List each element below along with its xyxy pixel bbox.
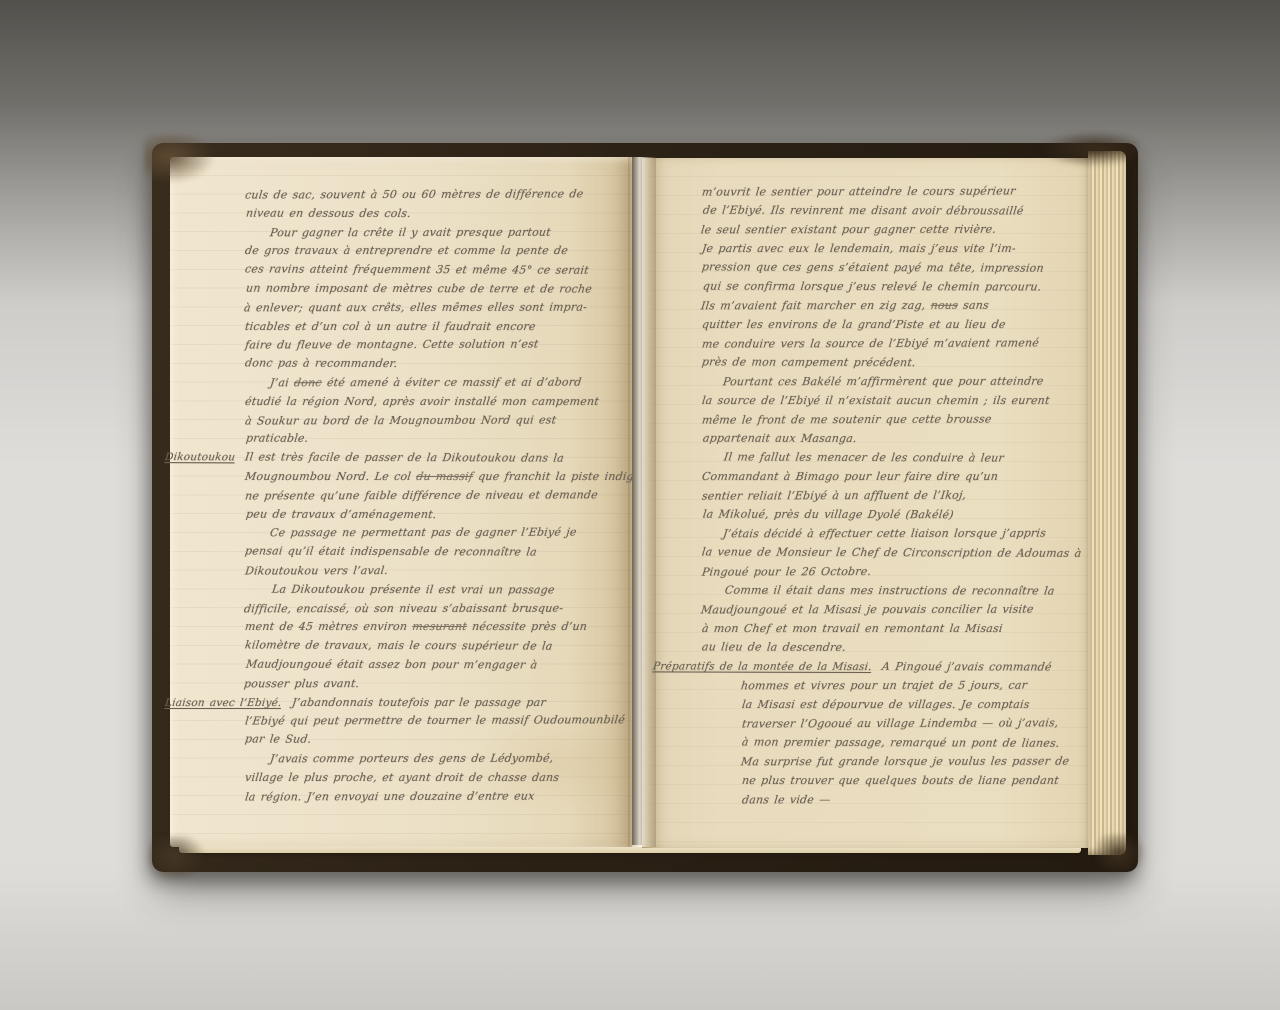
handwritten-line: DikoutoukouIl est très facile de passer … [163, 448, 632, 469]
handwritten-line: kilomètre de travaux, mais le cours supé… [163, 636, 632, 657]
handwritten-line: ces ravins atteint fréquemment 35 et mêm… [163, 260, 632, 281]
handwritten-line: étudié la région Nord, après avoir insta… [163, 393, 632, 412]
handwritten-text: donc pas à recommander. [244, 355, 399, 374]
handwritten-text: Comme il était dans mes instructions de … [724, 581, 1056, 601]
notebook-photo: culs de sac, souvent à 50 ou 60 mètres d… [0, 0, 1280, 1010]
handwritten-text: La Dikoutoukou présente il est vrai un p… [271, 580, 556, 600]
frayed-corner-top-right [1042, 131, 1138, 167]
handwritten-text: m’ouvrit le sentier pour atteindre le co… [701, 182, 1017, 202]
handwritten-text: Ce passage ne permettant pas de gagner l… [269, 524, 578, 543]
handwritten-text: quitter les environs de la grand’Piste e… [701, 315, 1007, 334]
handwritten-line: faire du fleuve de montagne. Cette solut… [163, 336, 632, 356]
handwritten-text: Il me fallut les menacer de les conduire… [723, 447, 1005, 467]
handwritten-text: près de mon campement précédent. [701, 352, 917, 372]
handwritten-line: de gros travaux à entreprendre et comme … [163, 242, 632, 261]
handwritten-text: à mon premier passage, remarqué un pont … [741, 733, 1061, 753]
handwritten-line: sentier reliait l’Ebiyé à un affluent de… [650, 485, 1088, 506]
right-page-handwriting: m’ouvrit le sentier pour atteindre le co… [650, 182, 1088, 832]
handwritten-text: ticables et d’un col à un autre il faudr… [244, 318, 537, 337]
handwritten-text: dans le vide — [741, 790, 832, 809]
handwritten-line: la venue de Monsieur le Chef de Circonsc… [650, 542, 1088, 563]
handwritten-line: Je partis avec eux le lendemain, mais j’… [650, 239, 1088, 258]
handwritten-line: Comme il était dans mes instructions de … [651, 580, 1088, 600]
handwritten-text: la région. J’en envoyai une douzaine d’e… [244, 787, 536, 807]
handwritten-line: traverser l’Ogooué au village Lindemba —… [650, 713, 1088, 734]
handwritten-line: à mon Chef et mon travail en remontant l… [650, 619, 1088, 638]
handwritten-line: Il me fallut les menacer de les conduire… [650, 447, 1088, 468]
handwritten-text: le seul sentier existant pour gagner cet… [700, 220, 997, 240]
handwritten-text: Ma surprise fut grande lorsque je voulus… [740, 752, 1071, 772]
handwritten-line: la Misasi est dépourvue de villages. Je … [650, 695, 1088, 714]
handwritten-text: à enlever; quant aux crêts, elles mêmes … [243, 298, 588, 318]
handwritten-line: Pourtant ces Bakélé m’affirmèrent que po… [650, 372, 1087, 392]
handwritten-text: la source de l’Ebiyé il n’existait aucun… [701, 391, 1051, 410]
margin-note: Préparatifs de la montée de la Misasi. [652, 657, 873, 677]
handwritten-text: J’étais décidé à effectuer cette liaison… [722, 524, 1047, 544]
handwritten-text: me conduire vers la source de l’Ebiyé m’… [701, 333, 1040, 353]
handwritten-text: peu de travaux d’aménagement. [245, 505, 438, 524]
handwritten-line: qui se confirma lorsque j’eus relevé le … [651, 276, 1088, 296]
handwritten-line: Mougnoumbou Nord. Le col du massif que f… [163, 468, 632, 487]
handwritten-text: Commandant à Bimago pour leur faire dire… [701, 467, 999, 486]
handwritten-text: à mon Chef et mon travail en remontant l… [701, 619, 1004, 638]
handwritten-line: à Soukur au bord de la Mougnoumbou Nord … [163, 411, 632, 431]
handwritten-text: la venue de Monsieur le Chef de Circonsc… [701, 542, 1083, 562]
handwritten-text: Je partis avec eux le lendemain, mais j’… [701, 239, 1017, 258]
handwritten-line: culs de sac, souvent à 50 ou 60 mètres d… [163, 186, 632, 206]
handwritten-line: J’étais décidé à effectuer cette liaison… [650, 524, 1087, 544]
handwritten-text: culs de sac, souvent à 50 ou 60 mètres d… [244, 186, 584, 205]
handwritten-text: à Soukur au bord de la Mougnoumbou Nord … [244, 411, 557, 431]
handwritten-text: A Pingoué j’avais commandé [880, 657, 1052, 676]
handwritten-text: J’abandonnais toutefois par le passage p… [290, 694, 546, 713]
handwritten-text: appartenait aux Masanga. [702, 429, 858, 448]
handwritten-line: à mon premier passage, remarqué un pont … [650, 732, 1088, 753]
margin-note: Dikoutoukou [164, 448, 237, 467]
handwritten-line: un nombre imposant de mètres cube de ter… [164, 279, 632, 299]
handwritten-line: par le Sud. [163, 730, 632, 751]
handwritten-line: pensai qu’il était indispensable de reco… [163, 542, 632, 563]
handwritten-text: par le Sud. [244, 731, 313, 750]
handwritten-line: la région. J’en envoyai une douzaine d’e… [163, 787, 632, 807]
handwritten-line: Dikoutoukou vers l’aval. [163, 561, 632, 581]
handwritten-text: ne plus trouver que quelques bouts de li… [741, 771, 1060, 790]
handwritten-line: donc pas à recommander. [163, 354, 632, 375]
handwritten-text: Dikoutoukou vers l’aval. [244, 562, 389, 581]
handwritten-text: l’Ebiyé qui peut permettre de tourner le… [244, 712, 626, 732]
handwritten-line: La Dikoutoukou présente il est vrai un p… [164, 580, 632, 600]
handwritten-text: Maudjoungoué était assez bon pour m’enga… [245, 656, 539, 676]
handwritten-line: le seul sentier existant pour gagner cet… [650, 220, 1087, 240]
handwritten-line: de l’Ebiyé. Ils revinrent me disant avoi… [651, 200, 1088, 220]
handwritten-text: même le front de me soutenir que cette b… [701, 410, 993, 430]
page-stack-edge [1088, 151, 1126, 855]
handwritten-line: praticable. [164, 430, 632, 450]
frayed-corner-top-left [144, 134, 216, 184]
frayed-corner-bottom-right [1096, 834, 1146, 876]
handwritten-text: pousser plus avant. [243, 675, 361, 694]
handwritten-line: village le plus proche, et ayant droit d… [163, 769, 632, 788]
handwritten-text: faire du fleuve de montagne. Cette solut… [244, 336, 540, 356]
handwritten-line: Ce passage ne permettant pas de gagner l… [163, 524, 631, 544]
handwritten-line: J’avais comme porteurs des gens de Lédyo… [163, 749, 631, 769]
handwritten-line: l’Ebiyé qui peut permettre de tourner le… [163, 711, 632, 731]
handwritten-line: la source de l’Ebiyé il n’existait aucun… [650, 391, 1088, 410]
handwritten-line: ne plus trouver que quelques bouts de li… [650, 771, 1088, 790]
handwritten-line: dans le vide — [650, 789, 1088, 810]
handwritten-text: hommes et vivres pour un trajet de 5 jou… [740, 676, 1028, 696]
handwritten-text: Mougnoumbou Nord. Le col du massif que f… [244, 468, 632, 487]
handwritten-line: Ils m’avaient fait marcher en zig zag, n… [650, 296, 1087, 316]
left-page-handwriting: culs de sac, souvent à 50 ou 60 mètres d… [163, 186, 632, 826]
handwritten-line: Maudjoungoué et la Misasi je pouvais con… [650, 600, 1087, 620]
handwritten-line: Commandant à Bimago pour leur faire dire… [650, 467, 1088, 486]
handwritten-line: m’ouvrit le sentier pour atteindre le co… [650, 182, 1088, 202]
handwritten-line: Préparatifs de la montée de la Misasi.A … [651, 656, 1088, 676]
handwritten-text: qui se confirma lorsque j’eus relevé le … [702, 277, 1043, 297]
handwritten-line: peu de travaux d’aménagement. [164, 505, 632, 525]
margin-note: Liaison avec l’Ebiyé. [164, 694, 283, 713]
handwritten-text: ment de 45 mètres environ mesurant néces… [244, 618, 588, 637]
handwritten-text: Il est très facile de passer de la Dikou… [244, 449, 565, 469]
handwritten-text: de gros travaux à entreprendre et comme … [244, 242, 569, 261]
handwritten-text: J’ai donc été amené à éviter ce massif e… [269, 374, 583, 393]
handwritten-text: village le plus proche, et ayant droit d… [244, 769, 560, 788]
handwritten-text: praticable. [245, 430, 310, 449]
handwritten-line: au lieu de la descendre. [650, 637, 1088, 658]
handwritten-text: kilomètre de travaux, mais le cours supé… [244, 637, 554, 657]
handwritten-text: Pourtant ces Bakélé m’affirmèrent que po… [722, 372, 1045, 392]
handwritten-text: la Mikolué, près du village Dyolé (Bakél… [702, 505, 955, 525]
handwritten-text: Maudjoungoué et la Misasi je pouvais con… [700, 600, 1035, 620]
handwritten-text: la Misasi est dépourvue de villages. Je … [741, 695, 1031, 714]
handwritten-text: pression que ces gens s’étaient payé ma … [701, 257, 1045, 277]
handwritten-line: la Mikolué, près du village Dyolé (Bakél… [651, 504, 1088, 524]
handwritten-line: Pour gagner la crête il y avait presque … [163, 223, 631, 243]
handwritten-line: Pingoué pour le 26 Octobre. [650, 561, 1088, 582]
handwritten-text: difficile, encaissé, où son niveau s’aba… [243, 599, 564, 618]
handwritten-line: près de mon campement précédent. [650, 352, 1088, 373]
handwritten-text: pensai qu’il était indispensable de reco… [244, 543, 538, 563]
handwritten-line: J’ai donc été amené à éviter ce massif e… [163, 373, 631, 393]
handwritten-line: difficile, encaissé, où son niveau s’aba… [163, 599, 631, 619]
handwritten-text: ces ravins atteint fréquemment 35 et mêm… [244, 261, 590, 281]
handwritten-line: Ma surprise fut grande lorsque je voulus… [650, 752, 1087, 772]
handwritten-line: pression que ces gens s’étaient payé ma … [650, 257, 1088, 278]
handwritten-text: traverser l’Ogooué au village Lindemba —… [741, 713, 1060, 733]
handwritten-text: sentier reliait l’Ebiyé à un affluent de… [701, 486, 968, 506]
handwritten-line: à enlever; quant aux crêts, elles mêmes … [163, 298, 631, 318]
handwritten-text: ne présente qu’une faible différence de … [244, 486, 599, 506]
handwritten-line: me conduire vers la source de l’Ebiyé m’… [650, 333, 1088, 354]
handwritten-line: ment de 45 mètres environ mesurant néces… [163, 618, 632, 637]
handwritten-text: Ils m’avaient fait marcher en zig zag, n… [700, 296, 990, 316]
handwritten-text: niveau en dessous des cols. [245, 204, 412, 223]
handwritten-line: niveau en dessous des cols. [164, 204, 632, 224]
frayed-corner-bottom-left [148, 836, 206, 882]
handwritten-line: Liaison avec l’Ebiyé.J’abandonnais toute… [163, 694, 632, 713]
handwritten-line: ticables et d’un col à un autre il faudr… [163, 318, 632, 337]
handwritten-text: au lieu de la descendre. [701, 637, 847, 657]
handwritten-text: Pingoué pour le 26 Octobre. [701, 562, 872, 582]
handwritten-text: étudié la région Nord, après avoir insta… [244, 393, 600, 412]
handwritten-text: J’avais comme porteurs des gens de Lédyo… [269, 750, 555, 769]
handwritten-line: même le front de me soutenir que cette b… [650, 409, 1088, 430]
handwritten-line: hommes et vivres pour un trajet de 5 jou… [650, 676, 1087, 696]
handwritten-line: ne présente qu’une faible différence de … [163, 486, 632, 506]
handwritten-text: de l’Ebiyé. Ils revinrent me disant avoi… [702, 201, 1025, 221]
handwritten-line: pousser plus avant. [163, 674, 631, 694]
handwritten-text: Pour gagner la crête il y avait presque … [269, 223, 552, 242]
handwritten-text: un nombre imposant de mètres cube de ter… [245, 280, 593, 300]
handwritten-line: Maudjoungoué était assez bon pour m’enga… [164, 655, 632, 675]
handwritten-line: quitter les environs de la grand’Piste e… [650, 315, 1088, 334]
handwritten-line: appartenait aux Masanga. [651, 428, 1088, 448]
